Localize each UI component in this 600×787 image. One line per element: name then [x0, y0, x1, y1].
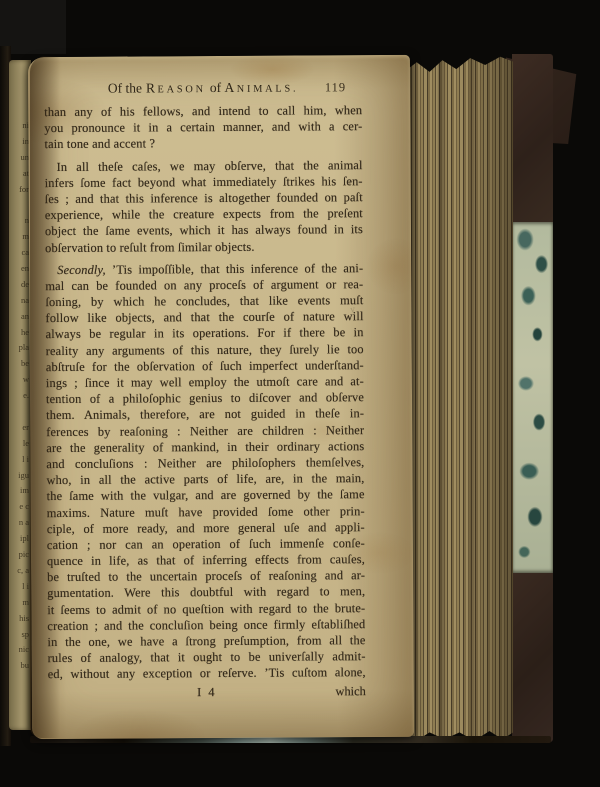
facing-page-text-fragment — [9, 674, 31, 690]
text-line: object the ſame events, which it has alw… — [45, 221, 363, 239]
text-line: than any of his fellows, and intend to c… — [44, 102, 362, 120]
text-line: and concluſions : Neither are philoſophe… — [46, 454, 364, 472]
text-line: creation ; and the concluſion being once… — [47, 616, 365, 634]
header-word2-initial: A — [224, 80, 236, 95]
facing-page-text-fragment: en — [9, 261, 31, 277]
text-line: reality any arguments of this nature, th… — [46, 341, 364, 359]
catchword: which — [335, 683, 365, 699]
facing-page-text-fragment — [9, 197, 31, 213]
facing-page-text-fragment: na — [9, 293, 31, 309]
facing-page-text-fragment: pic — [9, 547, 31, 563]
photograph-of-open-book: { "running_header": { "lead": "Of the", … — [0, 0, 600, 787]
text-line: In all theſe caſes, we may obſerve, that… — [45, 157, 363, 175]
facing-page-text-fragment — [9, 404, 31, 420]
cover-board — [512, 54, 553, 742]
leather-board-bottom — [512, 573, 553, 742]
paragraph: Secondly, ’Tis impoſſible, that this inf… — [45, 260, 366, 683]
facing-page-text-fragment: m — [9, 229, 31, 245]
text-line: gumentation. Were this doubtful with reg… — [47, 584, 365, 602]
facing-page-text-fragment: im — [9, 483, 31, 499]
facing-page-text-fragment: his — [9, 611, 31, 627]
text-line: ſoning, by which he concludes, that like… — [45, 292, 363, 310]
text-line: infers ſome fact beyond what immediately… — [45, 173, 363, 191]
facing-page-text-fragment: ipl — [9, 531, 31, 547]
fore-edge-page-stack — [406, 54, 513, 742]
text-line: tention of a philoſophic genius to diſco… — [46, 389, 364, 407]
text-line: it ſeems to admit of no queſtion with re… — [47, 600, 365, 618]
text-line: ſes ; and that this inference is altoget… — [45, 189, 363, 207]
header-lead: Of the — [108, 80, 142, 95]
header-mid: of — [210, 80, 221, 95]
text-line: them. Animals, therefore, are not guided… — [46, 406, 364, 424]
facing-page-text-fragment: e. — [9, 388, 31, 404]
header-word1-initial: R — [146, 80, 158, 95]
facing-page-text-fragment: de — [9, 277, 31, 293]
facing-page-text-fragment: c, a — [9, 563, 31, 579]
text-line: always be regular in its operations. For… — [46, 325, 364, 343]
text-line: abſtruſe for the obſervation of ſuch imp… — [46, 357, 364, 375]
facing-page-text-fragment: nic — [9, 642, 31, 658]
facing-page-text-fragment: n a — [9, 515, 31, 531]
text-line: are the generality of mankind, in their … — [46, 438, 364, 456]
header-word2-rest: NIMALS. — [237, 84, 299, 95]
marbled-paper-board — [512, 222, 553, 573]
facing-page-text-fragment: for — [9, 182, 31, 198]
facing-page-text-fragment: l i — [9, 579, 31, 595]
italic-lead-word: Secondly, — [57, 262, 106, 276]
facing-page-text-fragment: er — [9, 420, 31, 436]
book-page: Of the REASON of ANIMALS. 119 than any o… — [28, 55, 414, 739]
running-header: Of the REASON of ANIMALS. 119 — [44, 77, 362, 99]
paragraph: In all theſe caſes, we may obſerve, that… — [45, 157, 364, 256]
facing-page-text-fragment: le — [9, 436, 31, 452]
facing-page-text-fragment: pla — [9, 340, 31, 356]
signature-mark: I 4 — [48, 683, 366, 701]
text-line: who, in all the active parts of life, ar… — [46, 470, 364, 488]
header-word1-rest: EASON — [157, 84, 205, 95]
text-line: rules of analogy, that it ought to be un… — [48, 648, 366, 666]
facing-page-text-fragment: m — [9, 595, 31, 611]
facing-page-text-fragment: n — [9, 213, 31, 229]
text-line: the ſame with the vulgar, and are govern… — [47, 486, 365, 504]
facing-page-text-fragment: an — [9, 309, 31, 325]
facing-page-text-fragment: be — [9, 356, 31, 372]
leather-board-top — [512, 54, 553, 222]
facing-page-text-fragment: l i — [9, 452, 31, 468]
text-line: obſervation to reſult from ſimilar objec… — [45, 238, 363, 256]
text-line: ed, without any exception or reſerve. ’T… — [48, 664, 366, 682]
page-number: 119 — [325, 77, 346, 97]
body-text: than any of his fellows, and intend to c… — [44, 102, 366, 682]
text-line: cation ; nor can an operation of ſuch im… — [47, 535, 365, 553]
text-line: tain tone and accent ? — [44, 135, 362, 153]
signature-row: I 4 which — [48, 683, 366, 701]
paragraph: than any of his fellows, and intend to c… — [44, 102, 362, 153]
text-line: in the one, we have a ſtrong preſumption… — [47, 632, 365, 650]
facing-page-text-fragment: e c — [9, 499, 31, 515]
text-line: ings ; ſince it may well employ the utmo… — [46, 373, 364, 391]
text-line: experience, while the creature expects f… — [45, 205, 363, 223]
text-line: Secondly, ’Tis impoſſible, that this inf… — [45, 260, 363, 278]
text-line: ferences by reaſoning : Neither are chil… — [46, 422, 364, 440]
text-line: quence in life, as that of inferring eff… — [47, 551, 365, 569]
text-block: Of the REASON of ANIMALS. 119 than any o… — [44, 77, 366, 701]
facing-page-text-fragment: he — [9, 325, 31, 341]
text-line: ciple, of more ready, and more general u… — [47, 519, 365, 537]
facing-page-text-fragment: ca — [9, 245, 31, 261]
facing-page-text-fragment: w — [9, 372, 31, 388]
facing-page-text-fragment: igu — [9, 468, 31, 484]
facing-page-text-fragment: bu — [9, 658, 31, 674]
text-line: mal can be founded on any proceſs of arg… — [45, 276, 363, 294]
text-line: be truſted to the uncertain proceſs of r… — [47, 567, 365, 585]
facing-page-text-fragment: sp — [9, 627, 31, 643]
text-line: maxims. Nature muſt have provided ſome o… — [47, 503, 365, 521]
text-line: you pronounce it in a certain manner, an… — [44, 118, 362, 136]
text-line: follow like objects, and that the courſe… — [45, 308, 363, 326]
